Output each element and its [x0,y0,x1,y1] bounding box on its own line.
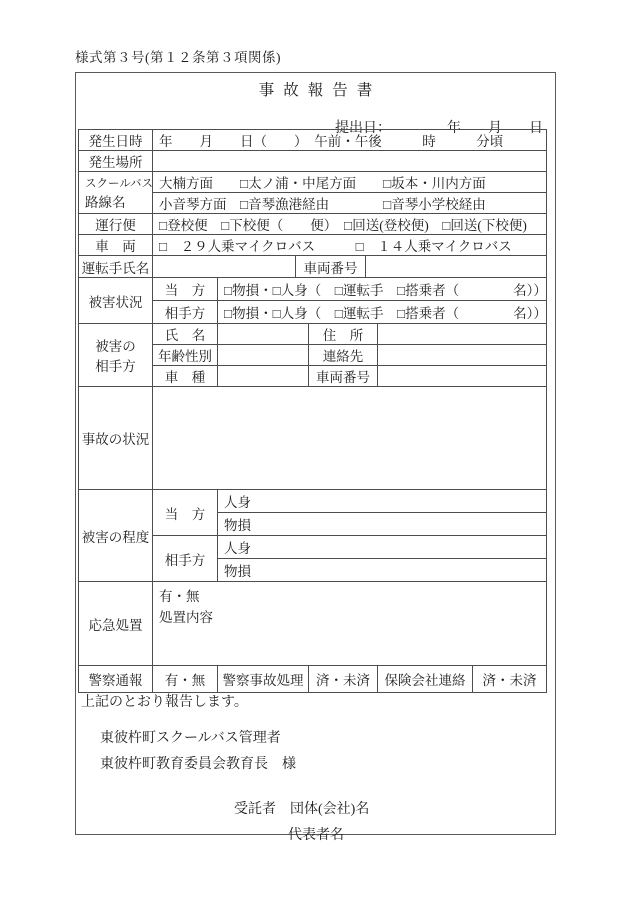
bus-route-label-line1: スクールバス [85,175,152,191]
damage-status-other-label: 相手方 [153,301,218,324]
first-aid-label: 応急処置 [79,582,153,666]
document-page: 様式第３号(第１２条第３項関係) 事故報告書 提出日： 年 月 日 発生日時 年… [0,0,630,903]
row-situation: 事故の状況 [79,387,547,490]
damage-status-own-value: □物損・□人身（ □運転手 □搭乗者（ 名）） [218,278,547,301]
trustee-line: 受託者 団体(会社)名 [234,798,544,818]
other-party-car-value [218,366,309,387]
vehicle-number-label: 車両番号 [296,256,366,278]
bus-manager-line: 東彼杵町スクールバス管理者 [100,727,544,747]
bus-route-line2: 小音琴方面 □音琴漁港経由 □音琴小学校経由 [153,193,547,214]
datetime-label: 発生日時 [79,130,153,151]
driver-name-value [153,256,296,278]
situation-label: 事故の状況 [79,387,153,490]
other-party-label-line1: 被害の [79,335,152,355]
bus-route-line1: 大楠方面 □太ノ浦・中尾方面 □坂本・川内方面 [153,172,547,193]
place-label: 発生場所 [79,151,153,172]
vehicle-value: □ ２９人乗マイクロバス □ １４人乗マイクロバス [153,235,547,256]
datetime-value: 年 月 日（ ） 午前・午後 時 分頃 [153,130,547,151]
document-title: 事故報告書 [76,78,555,100]
damage-status-other-value: □物損・□人身（ □運転手 □搭乗者（ 名）） [218,301,547,324]
row-other-party-1: 被害の 相手方 氏 名 住 所 [79,324,547,345]
other-party-name-label: 氏 名 [153,324,218,345]
other-party-car-label: 車 種 [153,366,218,387]
damage-status-label: 被害状況 [79,278,153,324]
vehicle-label: 車 両 [79,235,153,256]
vehicle-number-value [366,256,547,278]
first-aid-value: 有・無 処置内容 [153,582,547,666]
row-service: 運行便 □登校便 □下校便（ 便） □回送(登校便) □回送(下校便) [79,214,547,235]
bus-route-label: スクールバス 路線名 [79,172,153,214]
degree-own-property: 物損 [218,513,547,536]
row-driver: 運転手氏名 車両番号 [79,256,547,278]
row-vehicle: 車 両 □ ２９人乗マイクロバス □ １４人乗マイクロバス [79,235,547,256]
damage-status-own-label: 当 方 [153,278,218,301]
other-party-name-value [218,324,309,345]
row-damage-status-own: 被害状況 当 方 □物損・□人身（ □運転手 □搭乗者（ 名）） [79,278,547,301]
other-party-plate-value [378,366,547,387]
bus-route-label-line2: 路線名 [85,191,152,211]
degree-own-label: 当 方 [153,490,218,536]
degree-label: 被害の程度 [79,490,153,582]
other-party-plate-label: 車両番号 [309,366,378,387]
other-party-age-value [218,345,309,366]
row-first-aid: 応急処置 有・無 処置内容 [79,582,547,666]
row-place: 発生場所 [79,151,547,172]
service-value: □登校便 □下校便（ 便） □回送(登校便) □回送(下校便) [153,214,547,235]
addressee-line: 東彼杵町教育委員会教育長 様 [100,753,544,773]
degree-own-personal: 人身 [218,490,547,513]
driver-name-label: 運転手氏名 [79,256,153,278]
place-value [153,151,547,172]
other-party-address-label: 住 所 [309,324,378,345]
row-degree-own-personal: 被害の程度 当 方 人身 [79,490,547,513]
report-statement: 上記のとおり報告します。 [81,691,544,711]
other-party-address-value [378,324,547,345]
other-party-label: 被害の 相手方 [79,324,153,387]
degree-other-label: 相手方 [153,536,218,582]
other-party-age-label: 年齢性別 [153,345,218,366]
report-footer: 上記のとおり報告します。 東彼杵町スクールバス管理者 東彼杵町教育委員会教育長 … [78,684,544,844]
first-aid-line1: 有・無 [159,586,546,607]
other-party-label-line2: 相手方 [79,355,152,375]
accident-report-table: 発生日時 年 月 日（ ） 午前・午後 時 分頃 発生場所 スクールバス 路線名… [78,129,547,693]
row-datetime: 発生日時 年 月 日（ ） 午前・午後 時 分頃 [79,130,547,151]
row-bus-route-1: スクールバス 路線名 大楠方面 □太ノ浦・中尾方面 □坂本・川内方面 [79,172,547,193]
other-party-contact-value [378,345,547,366]
degree-other-personal: 人身 [218,536,547,559]
degree-other-property: 物損 [218,559,547,582]
form-number: 様式第３号(第１２条第３項関係) [75,46,281,66]
representative-line: 代表者名 [288,824,544,844]
first-aid-line2: 処置内容 [159,607,546,628]
report-outer-box: 事故報告書 提出日： 年 月 日 発生日時 年 月 日（ ） 午前・午後 時 分… [75,72,556,835]
situation-value [153,387,547,490]
other-party-contact-label: 連絡先 [309,345,378,366]
service-label: 運行便 [79,214,153,235]
